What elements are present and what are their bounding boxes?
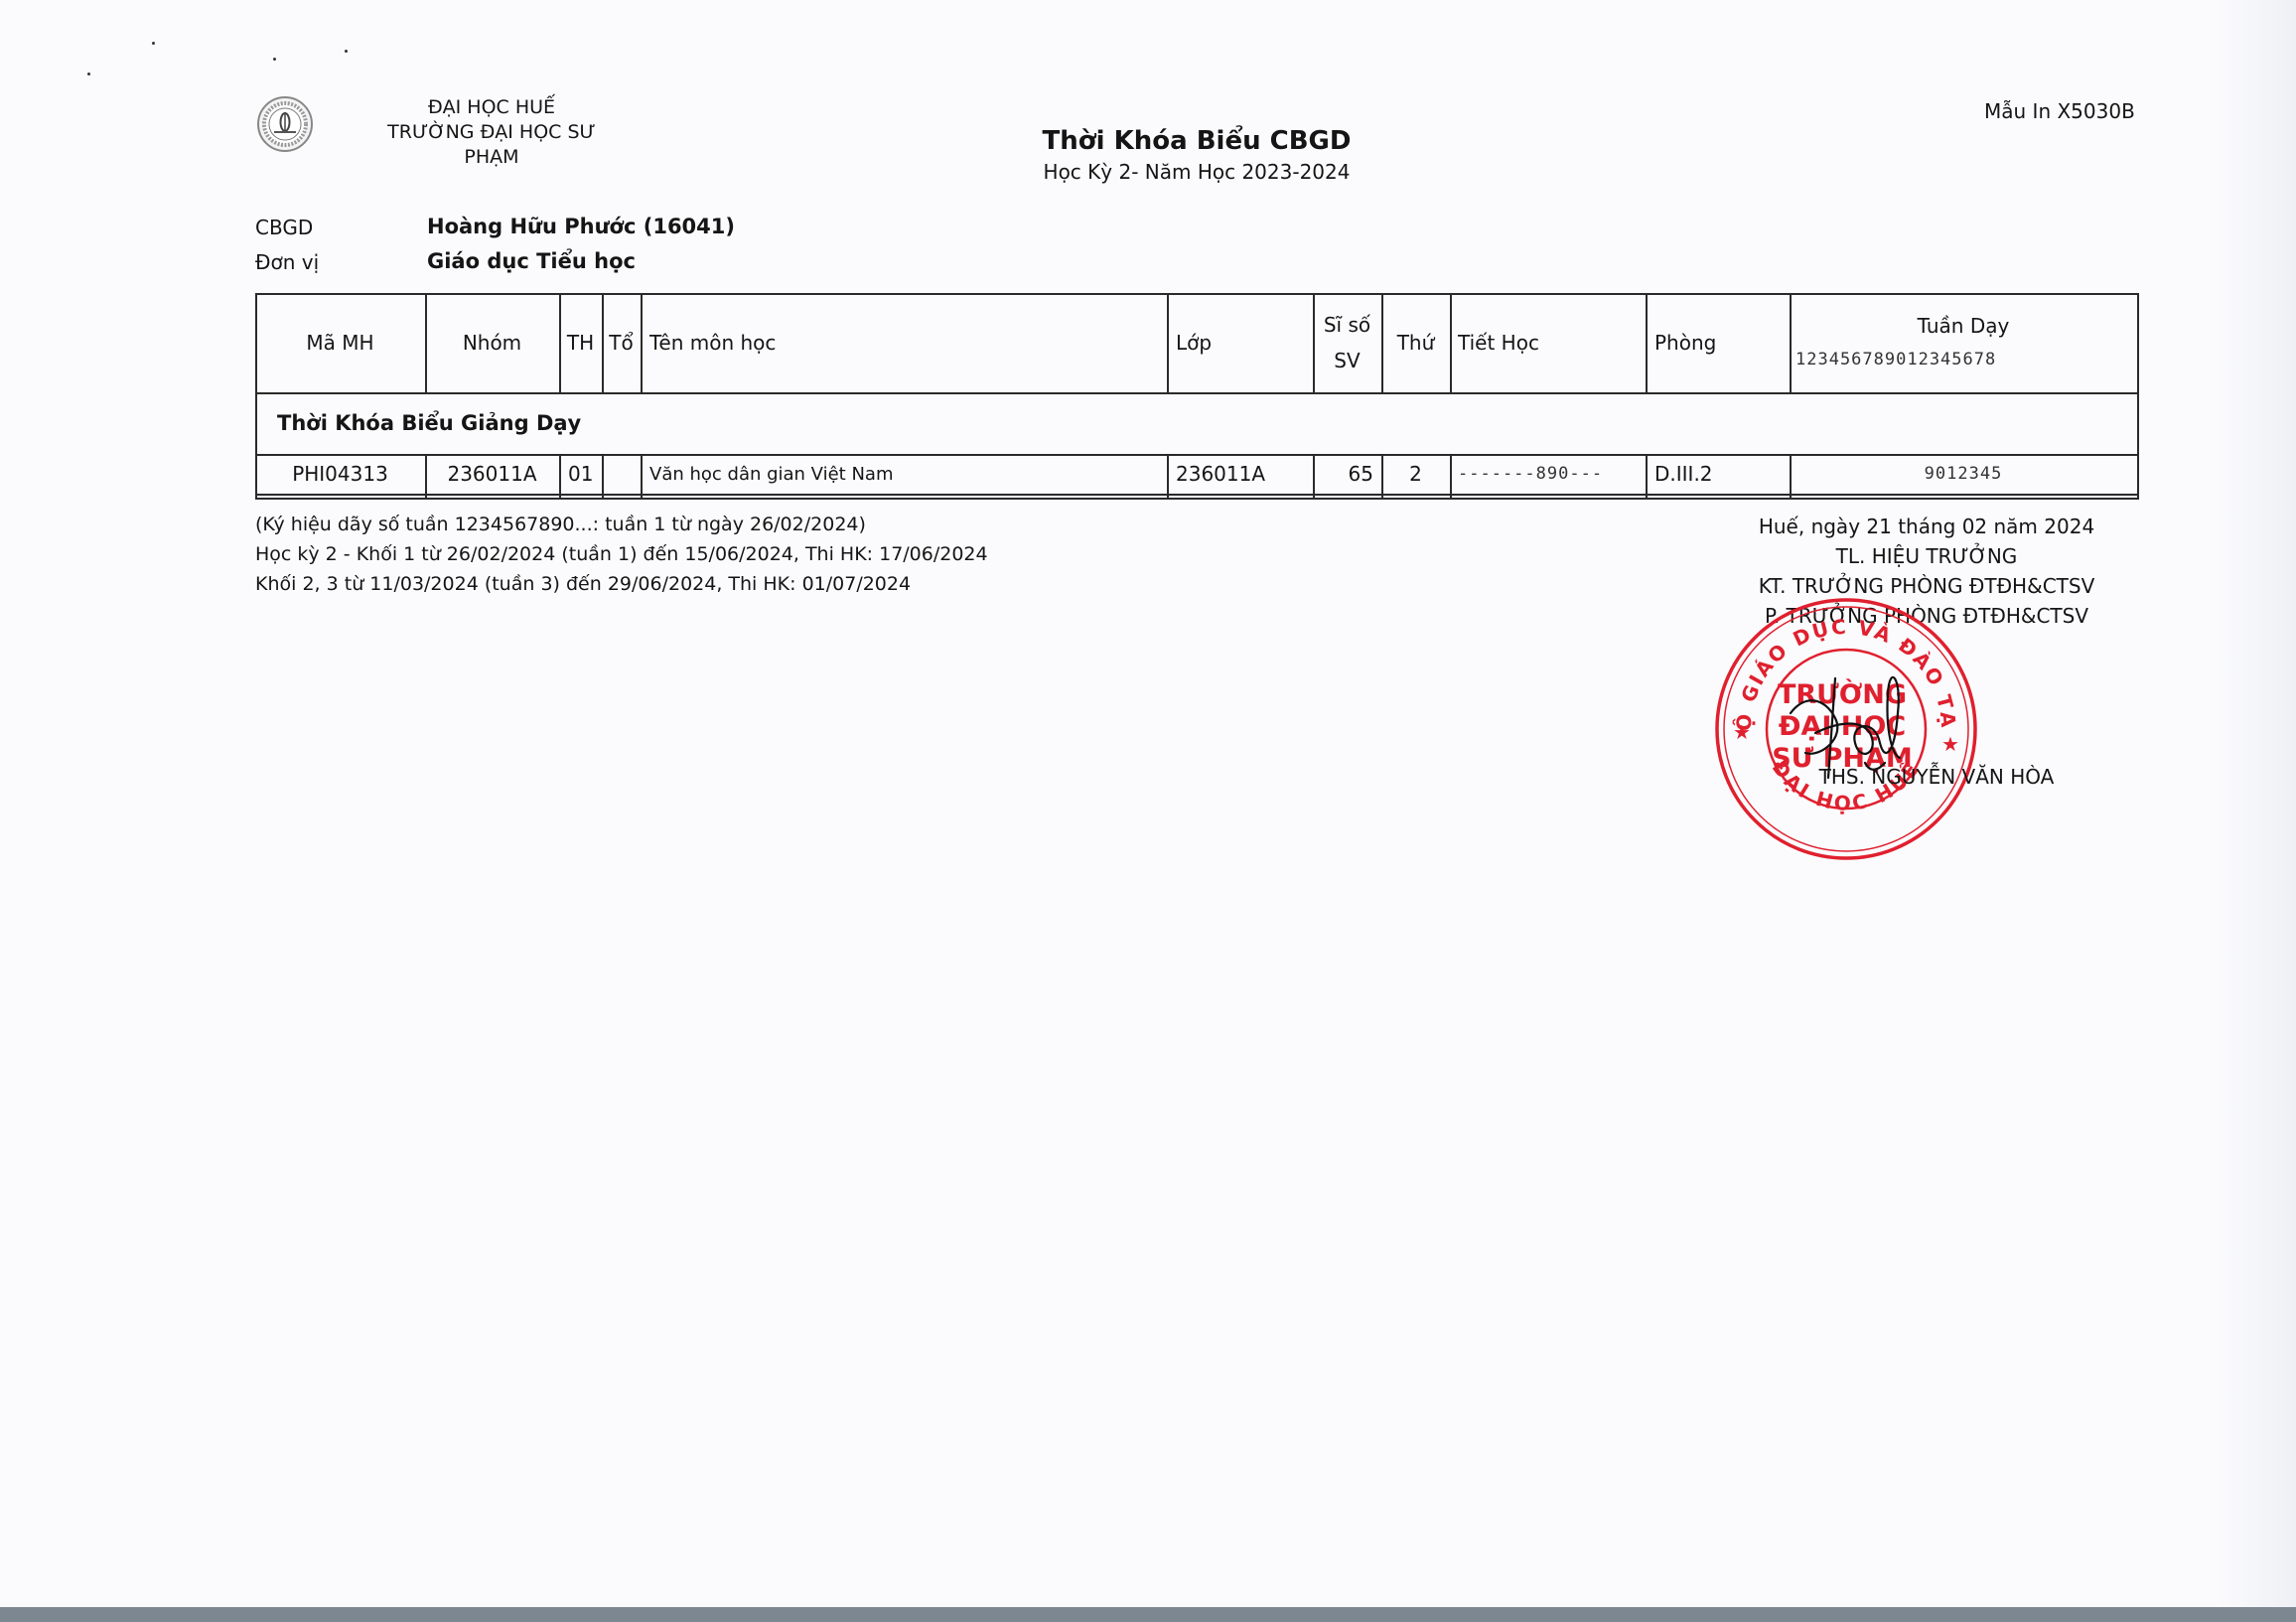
col-header-lop: Lớp (1167, 293, 1313, 392)
cbgd-label: CBGD (255, 216, 313, 239)
document-subtitle: Học Kỳ 2- Năm Học 2023-2024 (1033, 158, 1361, 186)
schedule-notes: (Ký hiệu dãy số tuần 1234567890...: tuần… (255, 510, 988, 599)
col-header-phong: Phòng (1646, 293, 1790, 392)
signer-name: THS. NGUYỄN VĂN HÒA (1788, 765, 2085, 789)
scan-speck (345, 50, 348, 53)
cell-th: 01 (559, 454, 602, 494)
scan-speck (273, 58, 276, 61)
org-parent: ĐẠI HỌC HUẾ (362, 95, 621, 120)
section-title: Thời Khóa Biểu Giảng Dạy (255, 392, 2139, 454)
si-so-line2: SV (1334, 343, 1360, 378)
table-border (255, 498, 2139, 500)
cell-ten-mon: Văn học dân gian Việt Nam (641, 454, 1167, 494)
cell-nhom: 236011A (425, 454, 559, 494)
cell-thu: 2 (1381, 454, 1450, 494)
col-header-tiet-hoc: Tiết Học (1450, 293, 1646, 392)
col-header-to: Tổ (602, 293, 641, 392)
org-name: TRƯỜNG ĐẠI HỌC SƯ PHẠM (362, 120, 621, 170)
cell-tiet-hoc: -------890--- (1450, 454, 1646, 494)
tuan-week-scale: 123456789012345678 (1790, 343, 1996, 376)
unit-label: Đơn vị (255, 250, 319, 274)
cell-tuan-day: 9012345 (1790, 454, 2137, 494)
scan-speck (152, 42, 155, 45)
signature-title-1: TL. HIỆU TRƯỞNG (1728, 541, 2125, 571)
unit-value: Giáo dục Tiểu học (427, 249, 636, 273)
note-line: (Ký hiệu dãy số tuần 1234567890...: tuần… (255, 510, 988, 539)
cell-si-so: 65 (1313, 454, 1381, 494)
col-header-thu: Thứ (1381, 293, 1450, 392)
tuan-day-title: Tuần Dạy (1918, 309, 2010, 343)
col-header-si-so: Sĩ số SV (1313, 293, 1381, 392)
university-seal-icon (255, 94, 315, 154)
document-title-block: Thời Khóa Biểu CBGD Học Kỳ 2- Năm Học 20… (1033, 124, 1361, 186)
col-header-ma-mh: Mã MH (255, 293, 425, 392)
page-edge-shading (2217, 0, 2296, 1607)
cbgd-value: Hoàng Hữu Phước (16041) (427, 215, 735, 238)
col-header-ten-mon: Tên môn học (641, 293, 1167, 392)
cell-ma-mh: PHI04313 (255, 454, 425, 494)
scan-speck (87, 73, 90, 75)
organization-header: ĐẠI HỌC HUẾ TRƯỜNG ĐẠI HỌC SƯ PHẠM (362, 95, 621, 170)
star-icon: ★ (1941, 732, 1959, 756)
col-header-nhom: Nhóm (425, 293, 559, 392)
cell-to (602, 454, 641, 494)
table-border (255, 494, 2139, 496)
si-so-line1: Sĩ số (1324, 307, 1370, 343)
col-header-th: TH (559, 293, 602, 392)
cell-phong: D.III.2 (1646, 454, 1790, 494)
note-line: Học kỳ 2 - Khối 1 từ 26/02/2024 (tuần 1)… (255, 539, 988, 569)
place-date: Huế, ngày 21 tháng 02 năm 2024 (1728, 512, 2125, 541)
official-stamp: BỘ GIÁO DỤC VÀ ĐÀO TẠO ĐẠI HỌC HUẾ ★ ★ T… (1711, 594, 1981, 864)
star-icon: ★ (1733, 720, 1751, 744)
cell-lop: 236011A (1167, 454, 1313, 494)
col-header-tuan-day: Tuần Dạy 123456789012345678 (1790, 293, 2137, 392)
document-title: Thời Khóa Biểu CBGD (1033, 124, 1361, 158)
form-code: Mẫu In X5030B (1984, 99, 2135, 123)
note-line: Khối 2, 3 từ 11/03/2024 (tuần 3) đến 29/… (255, 569, 988, 599)
scanner-bottom-strip (0, 1607, 2296, 1622)
